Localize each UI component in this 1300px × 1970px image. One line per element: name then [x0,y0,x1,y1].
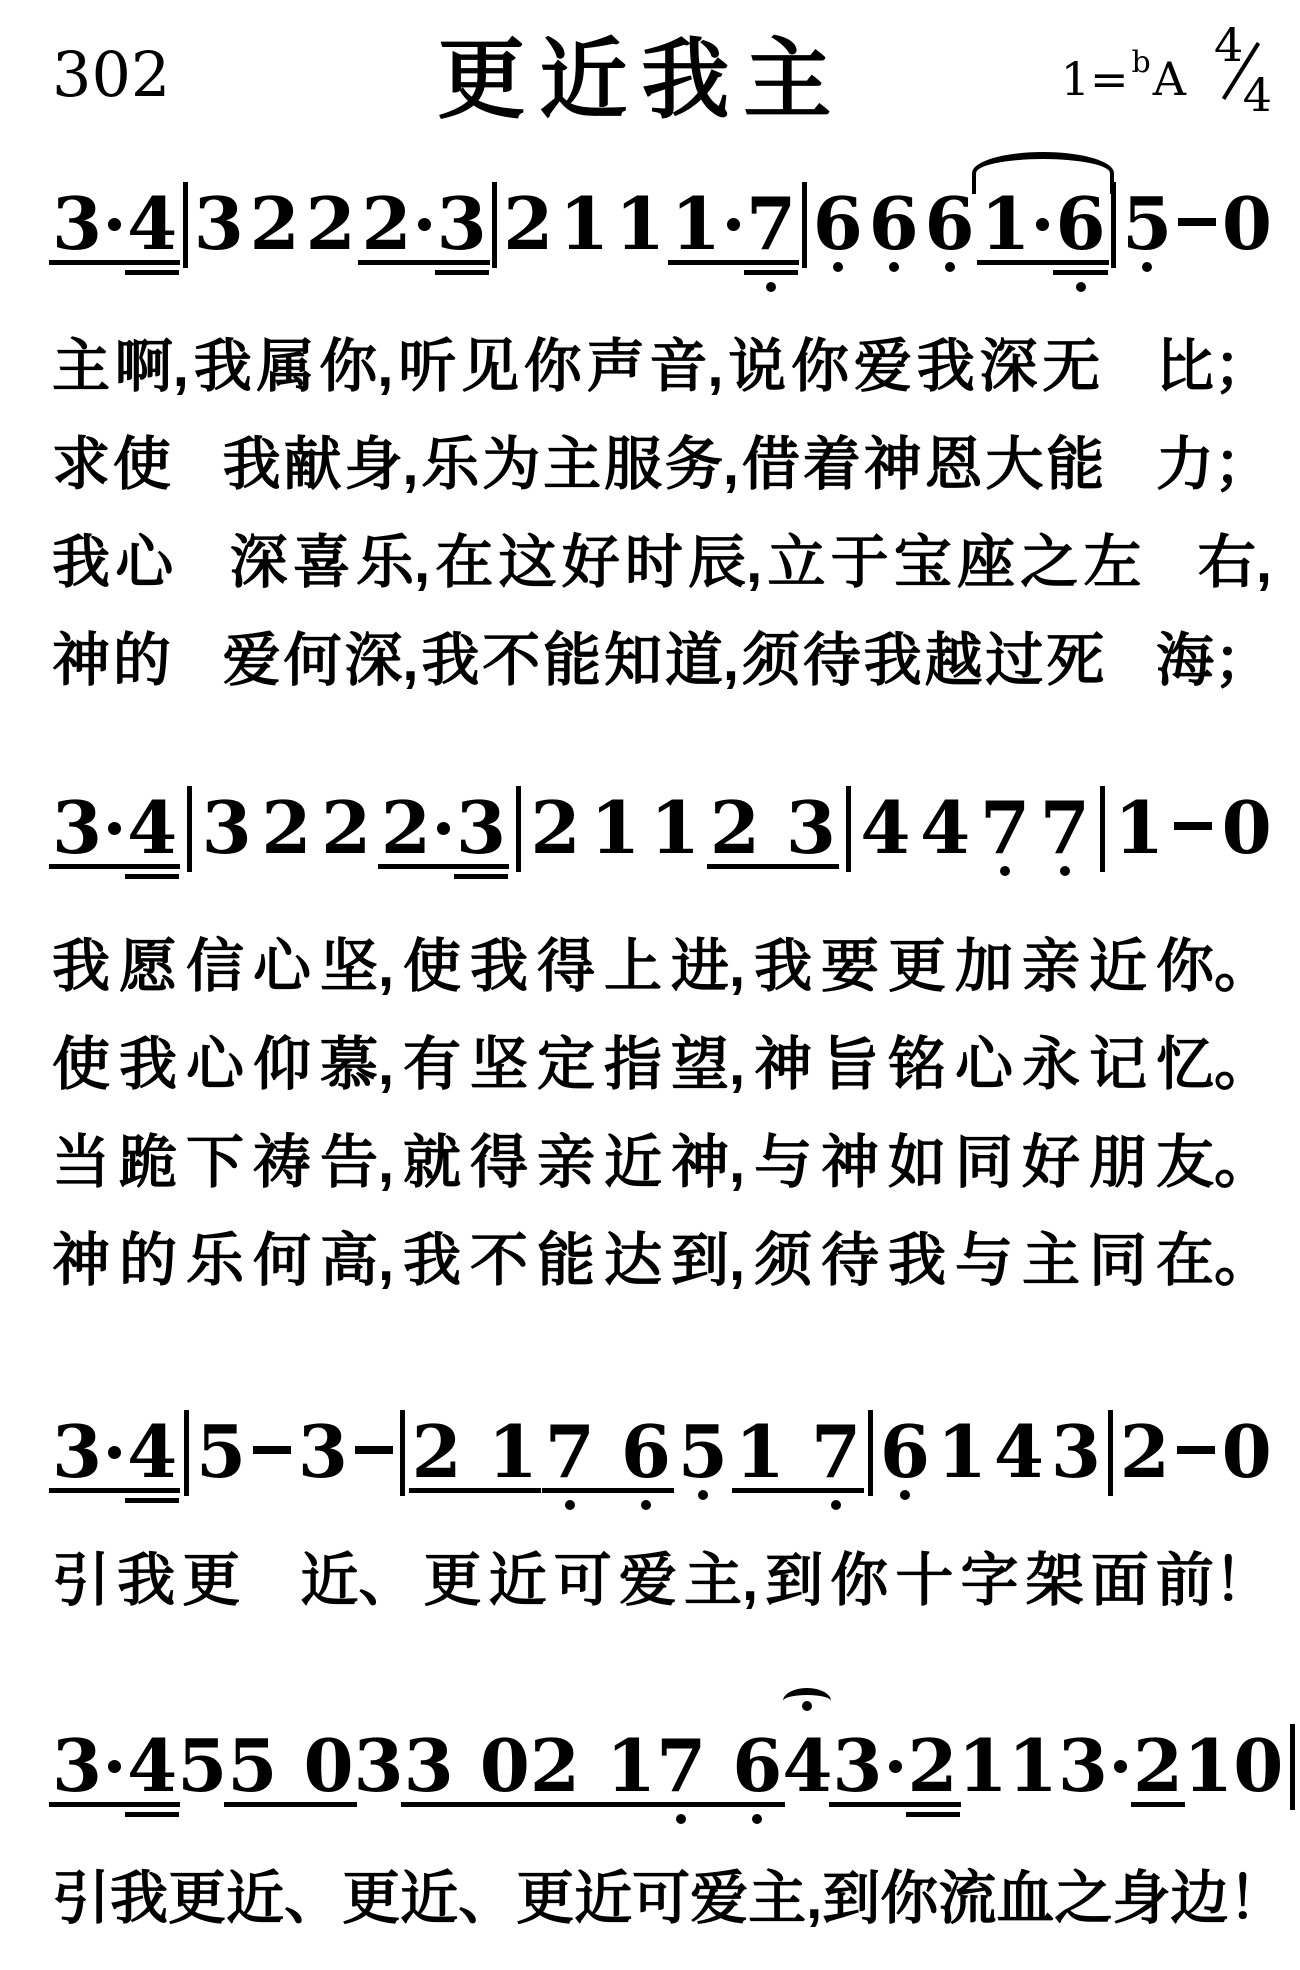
lyric-syllable: 我 [754,936,812,998]
note-token: 0 [1222,1420,1272,1484]
lyric-syllable: 身 [1112,1868,1170,1930]
note-6-low-octave: 6 [621,1420,671,1484]
beamed-note-group: 76 [545,1420,671,1484]
note-1: 1 [615,192,665,256]
note-2: 2 [321,796,371,860]
lyric-syllable: 宝 [894,532,952,594]
note-token: 1 [650,796,700,860]
lyric-syllable: 我 [52,936,110,998]
note-1: 1 [735,1420,785,1484]
note-token: 1 [937,1420,987,1484]
augmentation-dot [108,1760,121,1773]
eighth-beam [732,1488,864,1493]
barline [516,786,521,872]
beamed-note-group: 34 [52,1420,177,1484]
note-1: 1 [590,796,640,860]
lyric-syllable: 说 [728,336,786,398]
note-5: 5 [196,1420,246,1484]
lyric-syllable: 近 [1089,936,1147,998]
note-1: 1 [980,192,1030,256]
beamed-note-group: 34 [52,1734,177,1798]
lyric-syllable: 同 [1089,1230,1147,1292]
low-octave-dot [831,1500,841,1510]
note-3: 3 [52,192,102,256]
lyric-syllable: 有 [403,1034,461,1096]
note-2: 2 [530,796,580,860]
lyric-syllable: 高, [320,1230,394,1292]
lyric-syllable: 深 [230,532,288,594]
lyric-syllable: 你 [830,1550,888,1612]
low-octave-dot [676,1814,686,1824]
key-letter: A [1153,34,1186,124]
lyric-syllable: 可 [632,1868,690,1930]
duration-dash [1177,1446,1215,1454]
lyric-syllable: 爱 [854,336,912,398]
note-2: 2 [908,1734,958,1798]
lyric-syllable: 左 [1083,532,1141,594]
note-token: 5 [177,1734,227,1798]
eighth-beam [829,1802,960,1807]
note-7-low-octave: 7 [811,1420,861,1484]
lyric-syllable: 深, [344,630,418,692]
lyric-syllable: 与 [955,1230,1013,1292]
beamed-note-group: 17 [735,1420,861,1484]
note-1: 1 [671,192,721,256]
lyric-syllable: 我 [917,336,975,398]
flat-sign: b [1132,18,1151,108]
lyric-syllable: 更 [424,1550,482,1612]
note-3: 3 [832,1734,882,1798]
note-1: 1 [488,1420,538,1484]
lyric-syllable: 引 [52,1550,110,1612]
lyric-syllable: 喜 [293,532,351,594]
stanza-1-row-3: 我心深喜乐,在这好时辰,立于宝座之左右, [52,532,1272,594]
lyric-syllable: 右, [1198,532,1272,594]
barline [492,182,497,268]
barline [183,182,188,268]
lyric-syllable: 记 [1089,1034,1147,1096]
lyric-syllable: 爱 [223,630,281,692]
lyric-syllable: 越 [924,630,982,692]
lyric-syllable: 使 [113,434,171,496]
note-7-low-octave: 7 [545,1420,595,1484]
lyric-syllable: 仰 [253,1034,311,1096]
note-7-low-octave: 7 [980,796,1030,860]
lyric-syllable: 恩 [924,434,982,496]
beamed-note-group: 23 [361,192,486,256]
lyric-syllable: 我 [421,630,479,692]
note-7-low-octave: 7 [1040,796,1090,860]
eighth-beam [224,1802,356,1807]
note-2: 2 [250,192,300,256]
note-3: 3 [194,192,244,256]
note-token: 1 [1183,1734,1233,1798]
lyric-syllable: 坚 [470,1034,528,1096]
lyric-syllable: 愿 [119,936,177,998]
lyric-syllable: 能 [543,630,601,692]
lyric-syllable: 就 [403,1132,461,1194]
note-2: 2 [361,192,411,256]
lyric-syllable: 友。 [1156,1132,1272,1194]
note-0: 0 [303,1734,353,1798]
eighth-beam [527,1802,659,1807]
note-4: 4 [127,192,177,256]
lyric-syllable: 下 [186,1132,244,1194]
lyric-syllable: 我 [119,1034,177,1096]
lyric-syllable: 求 [52,434,110,496]
fermata-icon [783,1688,831,1714]
note-token: 6 [869,192,919,256]
lyric-syllable: 海； [1156,630,1272,692]
melody-line-4: 345503302176432113210 [52,1734,1272,1798]
lyric-syllable: 流 [938,1868,996,1930]
note-5: 5 [227,1734,277,1798]
lyric-syllable: 引 [52,1868,110,1930]
lyric-syllable: 望, [671,1034,745,1096]
beamed-note-group: 16 [980,192,1105,256]
note-4: 4 [127,1420,177,1484]
lyric-syllable: 如 [888,1132,946,1194]
note-4: 4 [994,1420,1044,1484]
duration-dash [253,1446,291,1454]
lyric-syllable: 使 [52,1034,110,1096]
eighth-beam [401,1802,533,1807]
barline [1111,182,1116,268]
low-octave-dot [1076,282,1086,292]
beamed-note-group: 23 [381,796,506,860]
note-token: 4 [782,1734,832,1798]
sixteenth-underline [125,1498,179,1503]
lyric-syllable: 之 [1054,1868,1112,1930]
note-token: 2 [530,796,580,860]
note-token: 2 [321,796,371,860]
lyric-syllable: 啊, [115,336,189,398]
lyric-syllable: 主 [543,434,601,496]
augmentation-dot [1036,218,1049,231]
note-token: 6 [880,1420,930,1484]
stanza-2-row-1: 我愿信心坚,使我得上进,我要更加亲近你。 [52,936,1272,998]
note-0: 0 [1222,192,1272,256]
eighth-beam [49,864,180,869]
note-3: 3 [404,1734,454,1798]
beamed-note-group: 21 [412,1420,538,1484]
lyric-syllable: 近 [574,1868,632,1930]
eighth-beam [49,1802,180,1807]
lyric-syllable: 辰, [688,532,762,594]
duration-dash [1178,218,1216,226]
lyric-syllable: 得 [537,936,595,998]
lyric-syllable: 须 [754,1230,812,1292]
lyric-syllable: 神, [671,1132,745,1194]
stanza-1-row-4: 神的爱何深,我不能知道,须待我越过死海； [52,630,1272,692]
note-token: 6 [924,192,974,256]
note-0: 0 [1222,796,1272,860]
note-2: 2 [530,1734,580,1798]
stanza-2-row-4: 神的乐何高,我不能达到,须待我与主同在。 [52,1230,1272,1292]
note-3: 3 [298,1420,348,1484]
lyric-syllable: 到 [765,1550,823,1612]
stanza-1-row-1: 主啊,我属你,听见你声音,说你爱我深无比； [52,336,1272,398]
low-octave-dot [766,282,776,292]
note-token: 3 [1051,1420,1101,1484]
eighth-beam [653,1802,785,1807]
eighth-beam [707,864,839,869]
note-token: 1 [615,192,665,256]
sixteenth-underline [125,874,179,879]
final-barline [1283,1724,1300,1810]
lyric-syllable: 面 [1091,1550,1149,1612]
note-2: 2 [261,796,311,860]
lyric-syllable: 我 [223,434,281,496]
sixteenth-underline [744,270,798,275]
low-octave-dot [698,1490,708,1500]
beamed-note-group: 50 [227,1734,353,1798]
lyric-syllable: 在 [435,532,493,594]
lyric-syllable: 同 [955,1132,1013,1194]
lyric-syllable: 主 [1022,1230,1080,1292]
lyric-syllable: 心 [955,1034,1013,1096]
lyric-syllable: 爱 [690,1868,748,1930]
note-3: 3 [52,796,102,860]
lyric-syllable: 的 [113,630,171,692]
barline [802,182,807,268]
augmentation-dot [418,218,431,231]
note-2: 2 [412,1420,462,1484]
lyric-syllable: 爱 [619,1550,677,1612]
note-7-low-octave: 7 [656,1734,706,1798]
barline [868,1410,873,1496]
lyric-syllable: 你。 [1156,936,1272,998]
lyric-syllable: 朋 [1089,1132,1147,1194]
note-token: 0 [1222,796,1272,860]
note-token: 3 [194,192,244,256]
note-2: 2 [306,192,356,256]
beamed-note-group: 30 [404,1734,530,1798]
lyric-syllable: 心 [186,1034,244,1096]
note-3: 3 [52,1420,102,1484]
note-token: 2 [1120,1420,1170,1484]
note-token: 4 [920,796,970,860]
lyric-syllable: 我 [52,532,110,594]
header: 302 更近我主 1=bA 4 4 [52,30,1272,130]
note-3: 3 [456,796,506,860]
sixteenth-underline [454,874,508,879]
lyric-syllable: 立 [767,532,825,594]
beamed-note-group: 34 [52,192,177,256]
lyric-syllable: 更 [168,1868,226,1930]
lyric-syllable: 我 [470,936,528,998]
lyric-syllable: 忆。 [1156,1034,1272,1096]
lyric-syllable: 边！ [1170,1868,1286,1930]
lyric-syllable: 着 [803,434,861,496]
barline [1100,786,1105,872]
lyric-syllable: 比； [1156,336,1272,398]
lyric-syllable: 当 [52,1132,110,1194]
note-token: 3 [354,1734,404,1798]
note-token: 1 [1008,1734,1058,1798]
note-token: 1 [590,796,640,860]
lyric-syllable: 之 [1020,532,1078,594]
key-do-label: 1= [1061,34,1129,124]
note-3: 3 [202,796,252,860]
lyric-syllable: 得 [470,1132,528,1194]
lyric-syllable: 深 [979,336,1037,398]
lyric-syllable: 我 [403,1230,461,1292]
note-token: 2 [261,796,311,860]
lyric-syllable: 更 [888,936,946,998]
lyric-syllable: 前！ [1156,1550,1272,1612]
lyric-syllable: 跪 [119,1132,177,1194]
augmentation-dot [1114,1760,1127,1773]
note-6-low-octave: 6 [1055,192,1105,256]
beamed-note-group: 17 [671,192,796,256]
lyric-syllable: 献 [283,434,341,496]
lyric-syllable: 我 [888,1230,946,1292]
note-1: 1 [958,1734,1008,1798]
lyric-syllable: 上 [604,936,662,998]
lyric-syllable: 神 [52,1230,110,1292]
low-octave-dot [889,262,899,272]
note-token: 0 [1233,1734,1283,1798]
low-octave-dot [1142,262,1152,272]
lyric-syllable: 力； [1156,434,1272,496]
lyric-syllable: 的 [119,1230,177,1292]
note-4: 4 [127,1734,177,1798]
lyric-syllable: 主, [748,1868,822,1930]
lyric-syllable: 座 [957,532,1015,594]
lyric-syllable: 须 [742,630,800,692]
note-0: 0 [1233,1734,1283,1798]
lyric-syllable: 信 [186,936,244,998]
note-token: 4 [994,1420,1044,1484]
low-octave-dot [833,262,843,272]
low-octave-dot [1000,866,1010,876]
lyric-syllable: 乐, [356,532,430,594]
hymn-page: 302 更近我主 1=bA 4 4 3432223211176661650 主啊… [0,0,1300,1970]
eighth-underline [1131,1802,1185,1807]
lyric-syllable: 达 [604,1230,662,1292]
eighth-beam [378,864,509,869]
stanza-2-row-3: 当跪下祷告,就得亲近神,与神如同好朋友。 [52,1132,1272,1194]
note-4: 4 [127,796,177,860]
note-token: 5 [196,1420,246,1484]
note-6-low-octave: 6 [732,1734,782,1798]
lyric-syllable: 十 [895,1550,953,1612]
augmentation-dot [437,822,450,835]
lyric-syllable: 到, [671,1230,745,1292]
note-1: 1 [1008,1734,1058,1798]
note-4: 4 [860,796,910,860]
lyric-syllable: 乐 [421,434,479,496]
lyric-syllable: 神 [821,1132,879,1194]
lyric-syllable: 近、 [400,1868,516,1930]
note-2: 2 [1120,1420,1170,1484]
lyric-syllable: 神 [52,630,110,692]
note-5: 5 [177,1734,227,1798]
lyric-syllable: 借 [742,434,800,496]
sixteenth-underline [1053,270,1107,275]
lyric-syllable: 在。 [1156,1230,1272,1292]
note-6-low-octave: 6 [924,192,974,256]
lyric-syllable: 永 [1022,1034,1080,1096]
lyric-syllable: 亲 [537,1132,595,1194]
note-token: 1 [559,192,609,256]
beamed-note-group: 21 [530,1734,656,1798]
low-octave-dot [641,1500,651,1510]
note-token: 1 [1114,796,1164,860]
eighth-beam [542,1488,674,1493]
lyric-syllable: 慕, [320,1034,394,1096]
lyric-syllable: 到 [822,1868,880,1930]
slur-arc [972,152,1113,194]
note-2: 2 [503,192,553,256]
lyric-syllable: 过 [985,630,1043,692]
note-7-low-octave: 7 [746,192,796,256]
eighth-beam [409,1488,541,1493]
lyric-syllable: 我 [194,336,252,398]
lyric-syllable: 乐 [186,1230,244,1292]
note-3: 3 [1058,1734,1108,1798]
lyric-syllable: 神 [864,434,922,496]
eighth-beam [977,260,1108,265]
lyric-syllable: 可 [554,1550,612,1612]
note-group: 32 [1058,1734,1183,1798]
lyric-syllable: 我 [117,1550,175,1612]
lyric-syllable: 不 [470,1230,528,1292]
beamed-note-group: 32 [832,1734,957,1798]
lyric-syllable: 属 [257,336,315,398]
lyric-syllable: 指 [604,1034,662,1096]
barline [846,786,851,872]
note-token: 4 [860,796,910,860]
lyric-syllable: 你, [319,336,393,398]
sixteenth-underline [125,1812,179,1817]
lyric-syllable: 大 [985,434,1043,496]
lyric-syllable: 于 [831,532,889,594]
lyric-syllable: 心 [115,532,173,594]
lyric-syllable: 更 [342,1868,400,1930]
lyric-syllable: 亲 [1022,936,1080,998]
barline [187,786,192,872]
lyric-syllable: 好 [562,532,620,594]
note-1: 1 [1114,796,1164,860]
beamed-note-group: 34 [52,796,177,860]
lyric-syllable: 能 [537,1230,595,1292]
lyric-syllable: 知 [604,630,662,692]
lyric-syllable: 死 [1046,630,1104,692]
lyric-syllable: 能 [1046,434,1104,496]
lyric-syllable: 为 [482,434,540,496]
note-token: 3 [298,1420,348,1484]
lyric-syllable: 旨 [821,1034,879,1096]
lyric-syllable: 见 [461,336,519,398]
lyric-syllable: 进, [671,936,745,998]
hymn-title: 更近我主 [222,30,1061,130]
stanza-1-row-2: 求使我献身,乐为主服务,借着神恩大能力； [52,434,1272,496]
lyric-syllable: 铭 [888,1034,946,1096]
lyric-syllable: 我 [864,630,922,692]
note-5-low-octave: 5 [1122,192,1172,256]
lyric-syllable: 告, [320,1132,394,1194]
duration-dash [355,1446,393,1454]
refrain-1-lyrics: 引我更近、更近可爱主,到你十字架面前！ [52,1550,1272,1612]
note-token: 6 [813,192,863,256]
lyric-syllable: 不 [482,630,540,692]
note-2: 2 [381,796,431,860]
beamed-note-group: 23 [710,796,836,860]
key-signature: 1=bA 4 4 [1061,34,1272,130]
lyric-syllable: 近、 [226,1868,342,1930]
